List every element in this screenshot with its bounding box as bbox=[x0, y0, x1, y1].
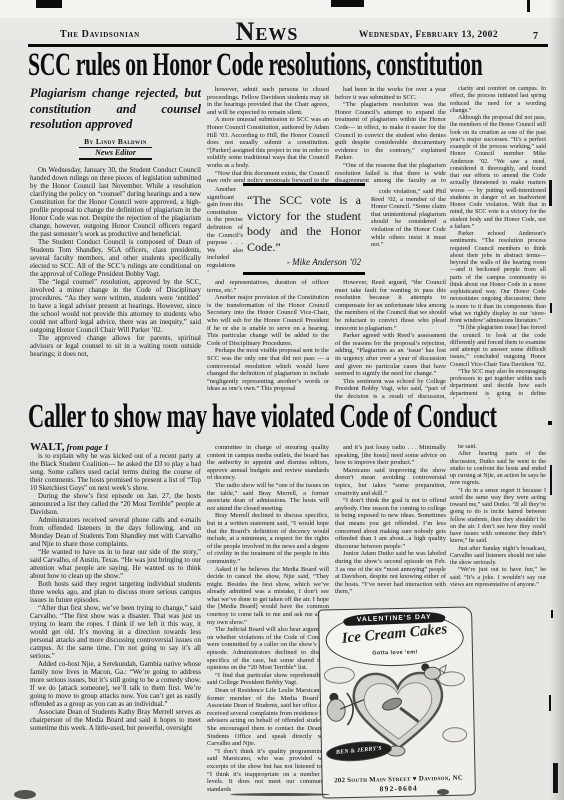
article1-col1-text: On Wednesday, January 30, the Student Co… bbox=[30, 166, 201, 358]
paragraph: Asked if he believes the Media Board wil… bbox=[207, 566, 329, 627]
paragraph: On Wednesday, January 30, the Student Co… bbox=[30, 166, 201, 238]
paragraph: however, admit such persons to closed pr… bbox=[207, 86, 329, 116]
scan-artifact bbox=[437, 789, 449, 795]
paragraph: committee in charge of ensuring quality … bbox=[207, 444, 329, 482]
paragraph: and representatives, duration of officer… bbox=[207, 279, 329, 294]
scan-artifact bbox=[331, 0, 364, 7]
paragraph: This sentiment was echoed by College Pre… bbox=[335, 378, 446, 399]
paragraph: “I don’t think it’s quality programming,… bbox=[207, 748, 329, 794]
paragraph: “I don’t think the goal is not to offend… bbox=[335, 497, 446, 550]
paragraph: Added co-host Njie, a Serekundah, Gambia… bbox=[30, 660, 201, 708]
pull-quote: “The SCC vote is a victory for the stude… bbox=[243, 183, 365, 275]
paragraph: Another major provision of the Constitut… bbox=[207, 294, 329, 347]
page-number: 7 bbox=[533, 31, 538, 42]
paragraph: Another significant gain from this const… bbox=[207, 186, 243, 272]
article1-byline: By Lindy Baldwin News Editor bbox=[30, 138, 201, 160]
paragraph: Dean of Residence Life Leslie Marsicano,… bbox=[207, 687, 329, 748]
paragraph: The Student Conduct Council is composed … bbox=[30, 238, 201, 278]
scan-artifact bbox=[230, 793, 330, 796]
scan-artifact bbox=[527, 0, 530, 12]
paragraph: Perhaps the most visible proposal sent t… bbox=[207, 347, 329, 393]
article1-headline: SCC rules on Honor Code resolutions, con… bbox=[28, 47, 482, 84]
paragraph: “It [the plagiarism issue] has forced th… bbox=[450, 325, 546, 369]
paragraph: “I find that particular show reprehensib… bbox=[207, 672, 329, 687]
paragraph: “The SCC may also be encouraging profess… bbox=[450, 369, 546, 399]
article1-column-1: Plagiarism change rejected, but constitu… bbox=[30, 86, 201, 400]
paragraph: “We’re just out to have fun,” he said. “… bbox=[450, 567, 546, 589]
paragraph: However, Reed argued, “the Council must … bbox=[335, 279, 446, 332]
article1-column-3-below-quote: However, Reed argued, “the Council must … bbox=[335, 279, 446, 399]
paragraph: Bray Merrell declined to discuss specifi… bbox=[207, 512, 329, 565]
scan-top-strip bbox=[0, 0, 564, 18]
paragraph: code violation,” said Phil Reed ’02, a m… bbox=[371, 188, 446, 249]
article2-column-1: WALT, from page 1 is to explain why he w… bbox=[30, 443, 201, 796]
paragraph: Both hosts said they regret targeting in… bbox=[30, 580, 201, 604]
paragraph: clarity and comfort on campus. In effect… bbox=[450, 86, 546, 115]
paragraph: Although the proposal did not pass, the … bbox=[450, 115, 546, 231]
article2-headline: Caller to show may have violated Code of… bbox=[28, 398, 497, 436]
article1-column-2-above-quote: however, admit such persons to closed pr… bbox=[207, 86, 329, 182]
paragraph: “One of the reasons that the plagiarism … bbox=[335, 162, 446, 184]
paragraph: The approved change allows for parents, … bbox=[30, 334, 201, 358]
article1-column-2-beside-quote: Another significant gain from this const… bbox=[207, 186, 243, 272]
pull-quote-attribution: - Mike Anderson ’02 bbox=[247, 257, 361, 267]
paragraph: “I do in a sense regret it because I act… bbox=[450, 488, 546, 546]
paragraph: “The plagiarism resolution was the Honor… bbox=[335, 101, 446, 162]
paragraph: Administrators received several phone ca… bbox=[30, 516, 201, 548]
issue-date: Wednesday, February 13, 2002 bbox=[359, 30, 498, 40]
paragraph: A more unusual submission to SCC was an … bbox=[207, 116, 329, 169]
heart-cake bbox=[353, 673, 443, 749]
article2-column-2: committee in charge of ensuring quality … bbox=[207, 444, 329, 794]
pull-quote-text: “The SCC vote is a victory for the stude… bbox=[247, 193, 361, 255]
scan-artifact bbox=[14, 790, 36, 799]
ad-phone: 892-0604 bbox=[323, 782, 475, 794]
scan-artifact bbox=[36, 0, 62, 8]
article2-col1-text: is to explain why he was kicked out of a… bbox=[30, 452, 201, 732]
paragraph: During the show’s first episode on Jan. … bbox=[30, 492, 201, 516]
article1-column-3-above-quote: had been in the works for over a year be… bbox=[335, 86, 446, 184]
paragraph: Just after Sunday night’s broadcast, Car… bbox=[450, 546, 546, 568]
article1-column-3-beside-quote: code violation,” said Phil Reed ’02, a m… bbox=[371, 188, 446, 272]
article1-deck: Plagiarism change rejected, but constitu… bbox=[30, 86, 201, 133]
paragraph: “Now that this document exists, the Coun… bbox=[207, 170, 329, 182]
paragraph: Marsicano said improving the show doesn’… bbox=[335, 467, 446, 497]
paragraph: Parker echoed Anderson’s sentiments. “Th… bbox=[450, 231, 546, 325]
byline-name: By Lindy Baldwin bbox=[30, 138, 201, 146]
newspaper-page: The Davidsonian News Wednesday, February… bbox=[0, 0, 564, 800]
paragraph: After hearing parts of the discussion, D… bbox=[450, 451, 546, 487]
jump-tag-from: from page 1 bbox=[67, 443, 109, 452]
paragraph: is to explain why he was kicked out of a… bbox=[30, 452, 201, 492]
paragraph: The Judicial Board will also hear argume… bbox=[207, 626, 329, 672]
paragraph: Associate Dean of Students Kathy Bray Me… bbox=[30, 708, 201, 732]
ad-tagline: Gotta love 'em! bbox=[327, 649, 463, 658]
paragraph: The radio show will be “one of the issue… bbox=[207, 482, 329, 512]
paragraph: The “legal counsel” resolution, approved… bbox=[30, 278, 201, 334]
paragraph: “He wanted to have us in to hear our sid… bbox=[30, 548, 201, 580]
scan-edge-shade bbox=[550, 0, 564, 800]
paragraph: Parker agreed with Reed’s assessment of … bbox=[335, 332, 446, 378]
paragraph: Junior Adam Dutko said he was labeled du… bbox=[335, 550, 446, 596]
ben-and-jerrys-ad: VALENTINE'S DAY Ice Cream Cakes Gotta lo… bbox=[318, 606, 476, 798]
ad-title-oval: VALENTINE'S DAY Ice Cream Cakes Gotta lo… bbox=[325, 611, 464, 668]
paragraph: had been in the works for over a year be… bbox=[335, 86, 446, 101]
byline-role: News Editor bbox=[79, 147, 152, 160]
jump-tag: WALT, from page 1 bbox=[30, 443, 201, 452]
article2-column-4: he said.After hearing parts of the discu… bbox=[450, 444, 546, 604]
article2-column-3: and it’s just lousy radio . . . Minimall… bbox=[335, 444, 446, 607]
article1-column-4: clarity and comfort on campus. In effect… bbox=[450, 86, 546, 399]
paragraph: “After that first show, we’ve been tryin… bbox=[30, 604, 201, 660]
paragraph: and it’s just lousy radio . . . Minimall… bbox=[335, 444, 446, 467]
article1-column-2-below-quote: and representatives, duration of officer… bbox=[207, 279, 329, 399]
